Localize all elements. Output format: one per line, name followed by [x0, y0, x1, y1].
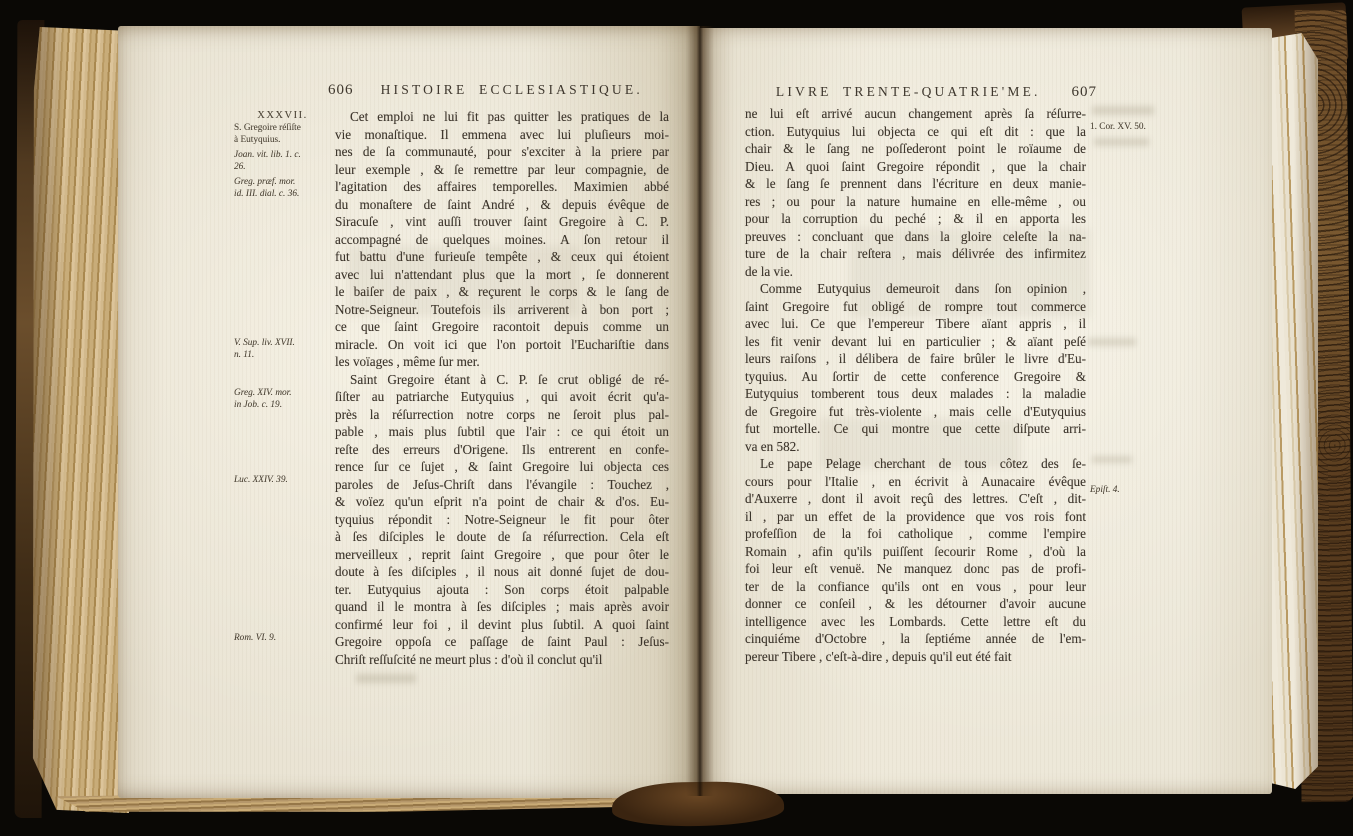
- book-photo: { "colors":{ "background":"#0a0805", "pa…: [0, 0, 1353, 836]
- left-margin-notes: XXXVII. S. Gregoire réſiſte à Eutyquius.…: [234, 26, 331, 798]
- paragraph-body-lines: cours pour l'Italie , en écrivit à Aunac…: [745, 473, 1086, 648]
- paragraph-first-line: ne lui eſt arrivé aucun changement après…: [745, 105, 1086, 123]
- margin-note: Epiſt. 4.: [1090, 485, 1176, 497]
- paragraph-body-lines: ſiſter au patriarche Eutyquius , qui avo…: [335, 388, 669, 651]
- paragraph-body-lines: ſaint Gregoire fut obligé de rompre tout…: [745, 298, 1086, 438]
- paragraph: ne lui eſt arrivé aucun changement après…: [745, 105, 1086, 280]
- margin-note: Luc. XXIV. 39.: [234, 475, 331, 487]
- paragraph-first-line: Le pape Pelage cherchant de tous côtez d…: [745, 455, 1086, 473]
- margin-note: 1. Cor. XV. 50.: [1090, 122, 1176, 134]
- right-page-edges: [1264, 33, 1318, 789]
- margin-note: S. Gregoire réſiſte à Eutyquius.: [234, 123, 331, 147]
- paragraph: Le pape Pelage cherchant de tous côtez d…: [745, 455, 1086, 665]
- margin-note: Greg. præf. mor. id. III. dial. c. 36.: [234, 177, 331, 201]
- right-text-column: ne lui eſt arrivé aucun changement après…: [745, 105, 1086, 665]
- left-running-title: HISTOIRE ECCLESIASTIQUE.: [354, 82, 671, 98]
- right-page-header: LIVRE TRENTE-QUATRIE'ME. 607: [745, 84, 1097, 101]
- paragraph-first-line: Comme Eutyquius demeuroit dans ſon opini…: [745, 280, 1086, 298]
- right-margin-notes: 1. Cor. XV. 50. Epiſt. 4.: [1090, 28, 1176, 794]
- paragraph: Comme Eutyquius demeuroit dans ſon opini…: [745, 280, 1086, 455]
- paragraph-first-line: Cet emploi ne lui fit pas quitter les pr…: [335, 108, 669, 126]
- bleedthrough-smudge: [356, 674, 416, 683]
- margin-note: Greg. XIV. mor. in Job. c. 19.: [234, 388, 331, 412]
- paragraph-body-lines: ction. Eutyquius lui objecta ce qui eſt …: [745, 123, 1086, 263]
- left-page-header: 606 HISTOIRE ECCLESIASTIQUE.: [328, 82, 670, 99]
- paragraph-last-line: pereur Tibere , c'eſt-à-dire , depuis qu…: [745, 648, 1086, 666]
- margin-note: XXXVII.: [234, 110, 331, 122]
- paragraph: Saint Gregoire étant à C. P. ſe crut obl…: [335, 371, 669, 669]
- paragraph: Cet emploi ne lui fit pas quitter les pr…: [335, 108, 669, 371]
- left-page-edges: [31, 27, 129, 813]
- margin-note: Joan. vit. lib. 1. c. 26.: [234, 150, 331, 174]
- right-running-title: LIVRE TRENTE-QUATRIE'ME.: [745, 84, 1072, 100]
- paragraph-body-lines: vie monaſtique. Il emmena avec lui pluſi…: [335, 126, 669, 354]
- paragraph-last-line: les voïages , même ſur mer.: [335, 353, 669, 371]
- left-text-column: Cet emploi ne lui fit pas quitter les pr…: [335, 108, 669, 668]
- paragraph-last-line: va en 582.: [745, 438, 1086, 456]
- gutter-shadow: [686, 26, 714, 796]
- paragraph-last-line: de la vie.: [745, 263, 1086, 281]
- margin-note: Rom. VI. 9.: [234, 633, 331, 645]
- paragraph-first-line: Saint Gregoire étant à C. P. ſe crut obl…: [335, 371, 669, 389]
- margin-note: V. Sup. liv. XVII. n. 11.: [234, 338, 331, 362]
- paragraph-last-line: Chriſt reſſuſcité ne meurt plus : d'où i…: [335, 651, 669, 669]
- left-page: 606 HISTOIRE ECCLESIASTIQUE. XXXVII. S. …: [118, 26, 700, 798]
- left-page-number: 606: [328, 82, 354, 99]
- right-page: LIVRE TRENTE-QUATRIE'ME. 607 1. Cor. XV.…: [700, 28, 1272, 794]
